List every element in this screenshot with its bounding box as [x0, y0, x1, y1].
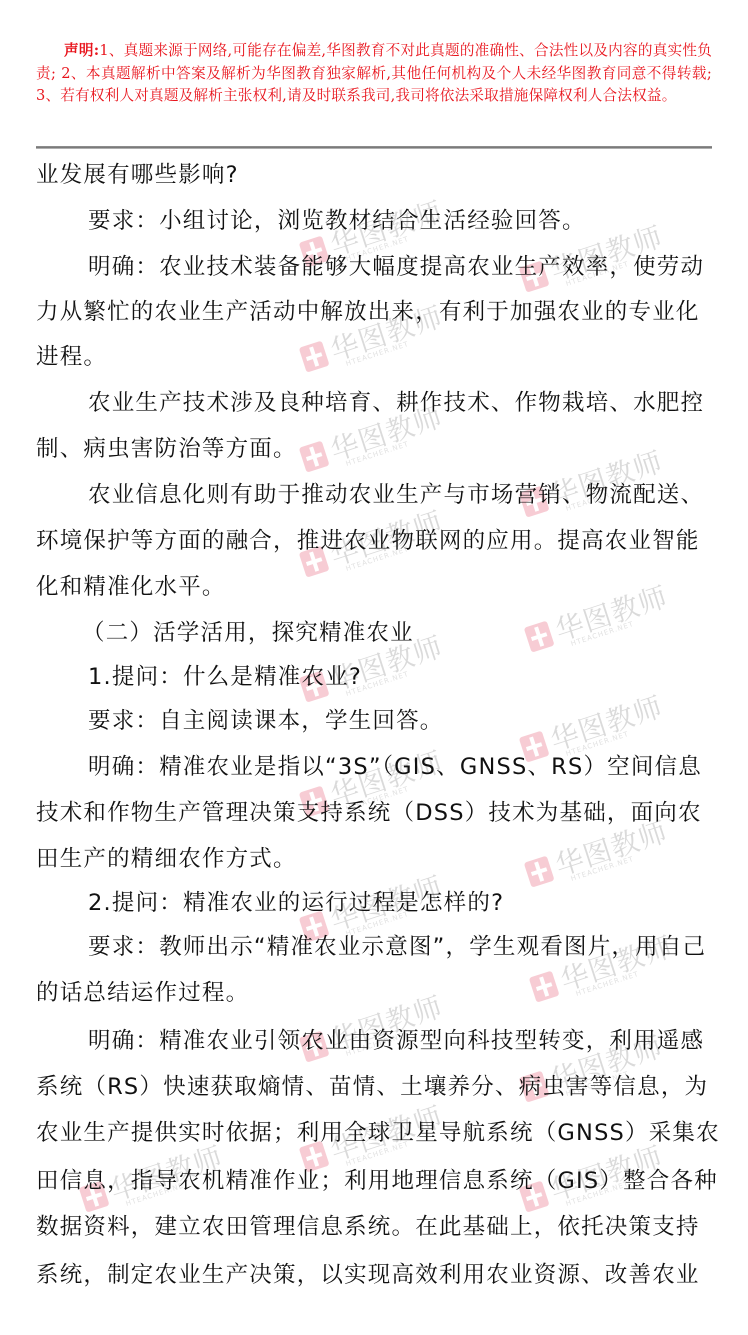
watermark-logo-icon [299, 441, 330, 473]
text-line: 制、病虫害防治等方面。 [36, 426, 297, 472]
watermark-logo-icon [529, 971, 560, 1003]
text-line: 明确：精准农业是指以“3S”（GIS、GNSS、RS）空间信息 [88, 744, 702, 790]
text-line: 农业生产技术涉及良种培育、耕作技术、作物栽培、水肥控 [88, 380, 704, 426]
text-line: 化和精准化水平。 [36, 564, 226, 610]
text-line: 要求：自主阅读课本，学生回答。 [88, 698, 444, 744]
text-line: 业发展有哪些影响? [36, 152, 239, 198]
text-line: 明确：农业技术装备能够大幅度提高农业生产效率，使劳动 [88, 244, 704, 290]
text-line: 进程。 [36, 334, 107, 380]
text-line: 要求：教师出示“精准农业示意图”，学生观看图片，用自己 [88, 924, 706, 970]
text-line: 农业信息化则有助于推动农业生产与市场营销、物流配送、 [88, 472, 704, 518]
disclaimer-notice: 声明:1、真题来源于网络,可能存在偏差,华图教育不对此真题的准确性、合法性以及内… [36, 40, 712, 108]
text-line: 明确：精准农业引领农业由资源型向科技型转变，利用遥感 [88, 1018, 704, 1064]
text-line: 田生产的精细农作方式。 [36, 836, 297, 882]
text-line: 系统（RS）快速获取熵情、苗情、土壤养分、病虫害等信息，为 [36, 1064, 708, 1110]
disclaimer-text: 1、真题来源于网络,可能存在偏差,华图教育不对此真题的准确性、合法性以及内容的真… [36, 42, 712, 104]
section-heading: （二）活学活用，探究精准农业 [82, 610, 414, 656]
text-line: 的话总结运作过程。 [36, 970, 249, 1016]
text-line: 技术和作物生产管理决策支持系统（DSS）技术为基础，面向农 [36, 790, 702, 836]
text-line: 农业生产提供实时依据；利用全球卫星导航系统（GNSS）采集农 [36, 1110, 720, 1156]
text-line: 系统，制定农业生产决策，以实现高效利用农业资源、改善农业 [36, 1252, 700, 1298]
watermark-logo-icon [524, 621, 555, 653]
text-line: 数据资料，建立农田管理信息系统。在此基础上，依托决策支持 [36, 1204, 700, 1250]
watermark-logo-icon [524, 856, 555, 888]
watermark: 华图教师HTEACHER.NET [519, 568, 680, 671]
header-divider [36, 146, 712, 149]
watermark-logo-icon [299, 341, 330, 373]
question-heading: 2.提问：精准农业的运行过程是怎样的? [88, 880, 504, 926]
disclaimer-lead: 声明: [64, 42, 99, 59]
text-line: 要求：小组讨论，浏览教材结合生活经验回答。 [88, 198, 586, 244]
text-line: 力从繁忙的农业生产活动中解放出来，有利于加强农业的专业化 [36, 289, 700, 335]
text-line: 环境保护等方面的融合，推进农业物联网的应用。提高农业智能 [36, 518, 700, 564]
text-line: 田信息，指导农机精准作业；利用地理信息系统（GIS）整合各种 [36, 1158, 718, 1204]
question-heading: 1.提问：什么是精准农业? [88, 654, 362, 700]
